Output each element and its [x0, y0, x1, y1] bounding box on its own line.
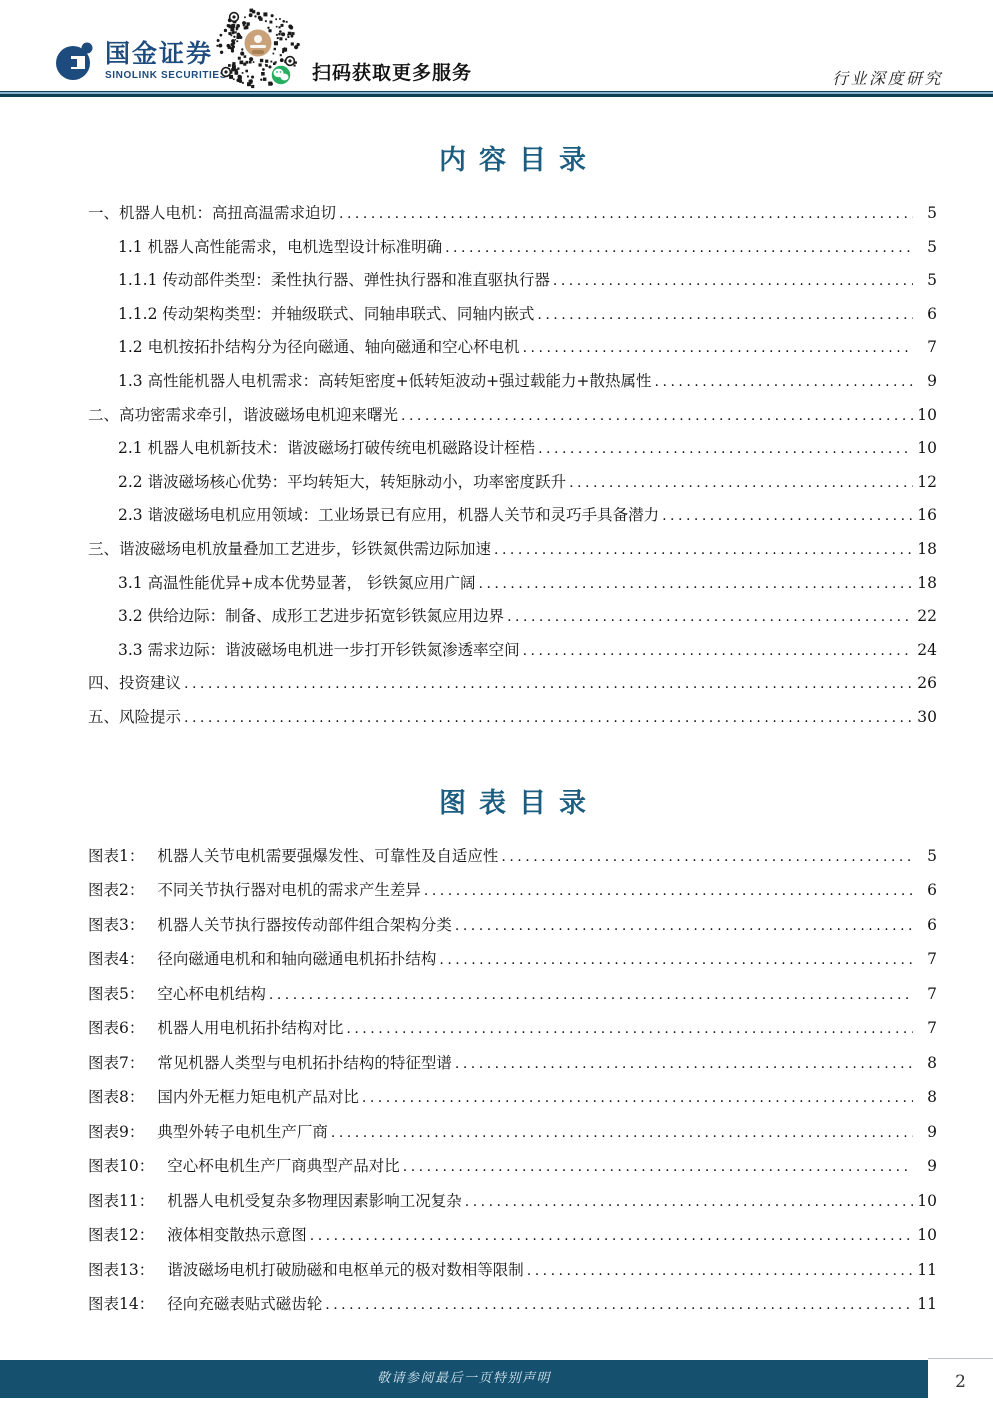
toc-entry-label: 2.3 谐波磁场电机应用领域：工业场景已有应用，机器人关节和灵巧手具备潜力 [118, 503, 659, 525]
figure-entry-number: 图表9： [88, 1120, 144, 1142]
dot-leader [325, 1297, 913, 1313]
dot-leader [439, 952, 913, 968]
figure-entry-page: 5 [916, 847, 937, 865]
page-number: 2 [955, 1372, 966, 1392]
figure-entry[interactable]: 图表11：机器人电机受复杂多物理因素影响工况复杂10 [88, 1189, 937, 1224]
toc-entry-page: 18 [916, 540, 937, 558]
dot-leader [184, 676, 913, 692]
toc-entry-label: 3.1 高温性能优异+成本优势显著， 钐铁氮应用广阔 [118, 571, 476, 593]
toc-entry[interactable]: 3.2 供给边际：制备、成形工艺进步拓宽钐铁氮应用边界22 [88, 604, 937, 638]
toc-entry-label: 2.2 谐波磁场核心优势：平均转矩大，转矩脉动小，功率密度跃升 [118, 470, 566, 492]
toc-entry[interactable]: 三、谐波磁场电机放量叠加工艺进步，钐铁氮供需边际加速18 [88, 537, 937, 571]
figure-entry-number: 图表13： [88, 1258, 154, 1280]
dot-leader [538, 441, 913, 457]
toc-entry[interactable]: 2.3 谐波磁场电机应用领域：工业场景已有应用，机器人关节和灵巧手具备潜力16 [88, 503, 937, 537]
figure-entry[interactable]: 图表8：国内外无框力矩电机产品对比8 [88, 1085, 937, 1120]
toc-entry[interactable]: 2.2 谐波磁场核心优势：平均转矩大，转矩脉动小，功率密度跃升12 [88, 470, 937, 504]
toc-entry[interactable]: 1.1 机器人高性能需求，电机选型设计标准明确5 [88, 235, 937, 269]
figure-entry-page: 9 [916, 1123, 937, 1141]
toc-entry-label: 1.2 电机按拓扑结构分为径向磁通、轴向磁通和空心杯电机 [118, 335, 520, 357]
toc-entry-page: 26 [916, 674, 937, 692]
toc-entry-label: 四、投资建议 [88, 671, 181, 693]
toc-entry-page: 30 [916, 708, 937, 726]
toc-entry[interactable]: 3.3 需求边际：谐波磁场电机进一步打开钐铁氮渗透率空间24 [88, 638, 937, 672]
toc-entry-page: 9 [916, 372, 937, 390]
dot-leader [310, 1228, 913, 1244]
toc-entry[interactable]: 1.3 高性能机器人电机需求：高转矩密度+低转矩波动+强过载能力+散热属性9 [88, 369, 937, 403]
content-area: 内容目录 一、机器人电机：高扭高温需求迫切51.1 机器人高性能需求，电机选型设… [88, 120, 937, 1327]
figure-entry-number: 图表10： [88, 1154, 154, 1176]
dot-leader [662, 508, 913, 524]
dot-leader [269, 987, 913, 1003]
sinolink-logo-icon [54, 40, 96, 82]
dot-leader [501, 849, 913, 865]
figure-entry-label: 国内外无框力矩电机产品对比 [157, 1085, 359, 1107]
toc-entry-page: 10 [916, 439, 937, 457]
dot-leader [494, 542, 913, 558]
figure-entry-page: 8 [916, 1054, 937, 1072]
wechat-icon [271, 65, 291, 85]
figure-entry[interactable]: 图表4：径向磁通电机和和轴向磁通电机拓扑结构7 [88, 947, 937, 982]
dot-leader [655, 374, 913, 390]
dot-leader [523, 643, 913, 659]
figure-entry-number: 图表11： [88, 1189, 154, 1211]
dot-leader [537, 307, 913, 323]
figure-entry-label: 不同关节执行器对电机的需求产生差异 [157, 878, 421, 900]
figure-entry-page: 7 [916, 1019, 937, 1037]
dot-leader [346, 1021, 913, 1037]
figure-entry-number: 图表7： [88, 1051, 144, 1073]
logo-name-en: SINOLINK SECURITIES [105, 71, 227, 81]
toc-entry[interactable]: 1.1.2 传动架构类型：并轴级联式、同轴串联式、同轴内嵌式6 [88, 302, 937, 336]
figure-entry-label: 径向磁通电机和和轴向磁通电机拓扑结构 [157, 947, 436, 969]
dot-leader [339, 206, 913, 222]
dot-leader [184, 710, 913, 726]
qr-code-icon [214, 6, 302, 94]
report-type-label: 行业深度研究 [832, 66, 943, 89]
page-number-box: 2 [928, 1358, 993, 1404]
toc-entry-label: 3.2 供给边际：制备、成形工艺进步拓宽钐铁氮应用边界 [118, 604, 504, 626]
toc-entry[interactable]: 3.1 高温性能优异+成本优势显著， 钐铁氮应用广阔18 [88, 571, 937, 605]
toc-entry-label: 五、风险提示 [88, 705, 181, 727]
figure-entry-label: 液体相变散热示意图 [167, 1223, 307, 1245]
dot-leader [479, 576, 914, 592]
toc-entry-page: 7 [916, 338, 937, 356]
dot-leader [455, 1056, 913, 1072]
toc-entry[interactable]: 一、机器人电机：高扭高温需求迫切5 [88, 201, 937, 235]
toc-entry[interactable]: 五、风险提示30 [88, 705, 937, 739]
figure-entry-number: 图表1： [88, 844, 144, 866]
dot-leader [455, 918, 913, 934]
toc-list: 一、机器人电机：高扭高温需求迫切51.1 机器人高性能需求，电机选型设计标准明确… [88, 201, 937, 739]
figure-entry-label: 空心杯电机生产厂商典型产品对比 [167, 1154, 400, 1176]
toc-entry-page: 24 [916, 641, 937, 659]
figure-entry-number: 图表4： [88, 947, 144, 969]
toc-entry-page: 16 [916, 506, 937, 524]
figure-entry-number: 图表3： [88, 913, 144, 935]
header-divider [0, 91, 993, 97]
toc-entry-label: 三、谐波磁场电机放量叠加工艺进步，钐铁氮供需边际加速 [88, 537, 491, 559]
figure-entry[interactable]: 图表9：典型外转子电机生产厂商9 [88, 1120, 937, 1155]
figure-entry-page: 7 [916, 950, 937, 968]
toc-entry-label: 1.1 机器人高性能需求，电机选型设计标准明确 [118, 235, 442, 257]
figure-entry-label: 空心杯电机结构 [157, 982, 266, 1004]
dot-leader [445, 240, 913, 256]
figure-entry-page: 9 [916, 1157, 937, 1175]
figure-entry-page: 10 [916, 1192, 937, 1210]
dot-leader [331, 1125, 913, 1141]
figure-entry-number: 图表2： [88, 878, 144, 900]
dot-leader [569, 475, 913, 491]
toc-entry[interactable]: 四、投资建议26 [88, 671, 937, 705]
figure-entry[interactable]: 图表7：常见机器人类型与电机拓扑结构的特征型谱8 [88, 1051, 937, 1086]
dot-leader [465, 1194, 913, 1210]
figure-entry[interactable]: 图表12：液体相变散热示意图10 [88, 1223, 937, 1258]
toc-entry-page: 5 [916, 238, 937, 256]
figure-entry-number: 图表5： [88, 982, 144, 1004]
figure-entry[interactable]: 图表6：机器人用电机拓扑结构对比7 [88, 1016, 937, 1051]
figure-entry-label: 常见机器人类型与电机拓扑结构的特征型谱 [157, 1051, 452, 1073]
figure-entry-label: 径向充磁表贴式磁齿轮 [167, 1292, 322, 1314]
toc-entry-page: 10 [916, 406, 937, 424]
figure-entry-number: 图表6： [88, 1016, 144, 1038]
figure-entry-page: 6 [916, 916, 937, 934]
sinolink-logo: 国金证券 SINOLINK SECURITIES [54, 40, 227, 82]
qr-code [214, 6, 302, 94]
figures-list: 图表1：机器人关节电机需要强爆发性、可靠性及自适应性5图表2：不同关节执行器对电… [88, 844, 937, 1327]
dot-leader [401, 408, 913, 424]
toc-entry-label: 1.1.1 传动部件类型：柔性执行器、弹性执行器和准直驱执行器 [118, 268, 550, 290]
figure-entry[interactable]: 图表14：径向充磁表贴式磁齿轮11 [88, 1292, 937, 1327]
toc-entry[interactable]: 2.1 机器人电机新技术：谐波磁场打破传统电机磁路设计桎梏10 [88, 436, 937, 470]
toc-entry-label: 一、机器人电机：高扭高温需求迫切 [88, 201, 336, 223]
footer-bar: 敬请参阅最后一页特别声明 [0, 1360, 928, 1398]
dot-leader [362, 1090, 913, 1106]
figure-entry-label: 机器人关节电机需要强爆发性、可靠性及自适应性 [157, 844, 498, 866]
figure-entry-label: 典型外转子电机生产厂商 [157, 1120, 328, 1142]
logo-name-cn: 国金证券 [105, 42, 227, 67]
figure-entry-page: 10 [916, 1226, 937, 1244]
toc-entry-label: 二、高功密需求牵引，谐波磁场电机迎来曙光 [88, 403, 398, 425]
dot-leader [527, 1263, 913, 1279]
dot-leader [424, 883, 913, 899]
dot-leader [523, 340, 913, 356]
qr-caption: 扫码获取更多服务 [312, 58, 472, 85]
footer-disclaimer: 敬请参阅最后一页特别声明 [0, 1360, 928, 1398]
toc-entry-page: 12 [916, 473, 937, 491]
figure-entry-page: 11 [916, 1295, 937, 1313]
figure-entry[interactable]: 图表3：机器人关节执行器按传动部件组合架构分类6 [88, 913, 937, 948]
toc-entry-page: 18 [916, 574, 937, 592]
toc-title: 内容目录 [88, 138, 937, 177]
figure-entry[interactable]: 图表1：机器人关节电机需要强爆发性、可靠性及自适应性5 [88, 844, 937, 879]
toc-entry-label: 3.3 需求边际：谐波磁场电机进一步打开钐铁氮渗透率空间 [118, 638, 520, 660]
figure-entry-label: 谐波磁场电机打破励磁和电枢单元的极对数相等限制 [167, 1258, 524, 1280]
figure-entry[interactable]: 图表13：谐波磁场电机打破励磁和电枢单元的极对数相等限制11 [88, 1258, 937, 1293]
figure-entry-label: 机器人关节执行器按传动部件组合架构分类 [157, 913, 452, 935]
page-header: 国金证券 SINOLINK SECURITIES [0, 0, 993, 97]
figure-entry-page: 6 [916, 881, 937, 899]
figure-entry[interactable]: 图表10：空心杯电机生产厂商典型产品对比9 [88, 1154, 937, 1189]
toc-entry-page: 5 [916, 271, 937, 289]
figure-entry-page: 11 [916, 1261, 937, 1279]
dot-leader [507, 609, 913, 625]
toc-entry[interactable]: 1.1.1 传动部件类型：柔性执行器、弹性执行器和准直驱执行器5 [88, 268, 937, 302]
figure-entry[interactable]: 图表5：空心杯电机结构7 [88, 982, 937, 1017]
toc-entry-label: 1.1.2 传动架构类型：并轴级联式、同轴串联式、同轴内嵌式 [118, 302, 534, 324]
toc-entry[interactable]: 1.2 电机按拓扑结构分为径向磁通、轴向磁通和空心杯电机7 [88, 335, 937, 369]
figure-entry-page: 7 [916, 985, 937, 1003]
toc-entry[interactable]: 二、高功密需求牵引，谐波磁场电机迎来曙光10 [88, 403, 937, 437]
figure-entry-number: 图表8： [88, 1085, 144, 1107]
toc-entry-label: 2.1 机器人电机新技术：谐波磁场打破传统电机磁路设计桎梏 [118, 436, 535, 458]
qr-center-badge [243, 28, 273, 58]
figure-entry[interactable]: 图表2：不同关节执行器对电机的需求产生差异6 [88, 878, 937, 913]
figure-entry-number: 图表14： [88, 1292, 154, 1314]
toc-entry-page: 22 [916, 607, 937, 625]
dot-leader [403, 1159, 913, 1175]
figure-entry-label: 机器人电机受复杂多物理因素影响工况复杂 [167, 1189, 462, 1211]
figure-entry-label: 机器人用电机拓扑结构对比 [157, 1016, 343, 1038]
document-page: 国金证券 SINOLINK SECURITIES [0, 0, 993, 1404]
figures-title: 图表目录 [88, 781, 937, 820]
figure-entry-page: 8 [916, 1088, 937, 1106]
dot-leader [553, 273, 913, 289]
toc-entry-page: 6 [916, 305, 937, 323]
logo-text: 国金证券 SINOLINK SECURITIES [105, 42, 227, 81]
figure-entry-number: 图表12： [88, 1223, 154, 1245]
toc-entry-label: 1.3 高性能机器人电机需求：高转矩密度+低转矩波动+强过载能力+散热属性 [118, 369, 652, 391]
toc-entry-page: 5 [916, 204, 937, 222]
